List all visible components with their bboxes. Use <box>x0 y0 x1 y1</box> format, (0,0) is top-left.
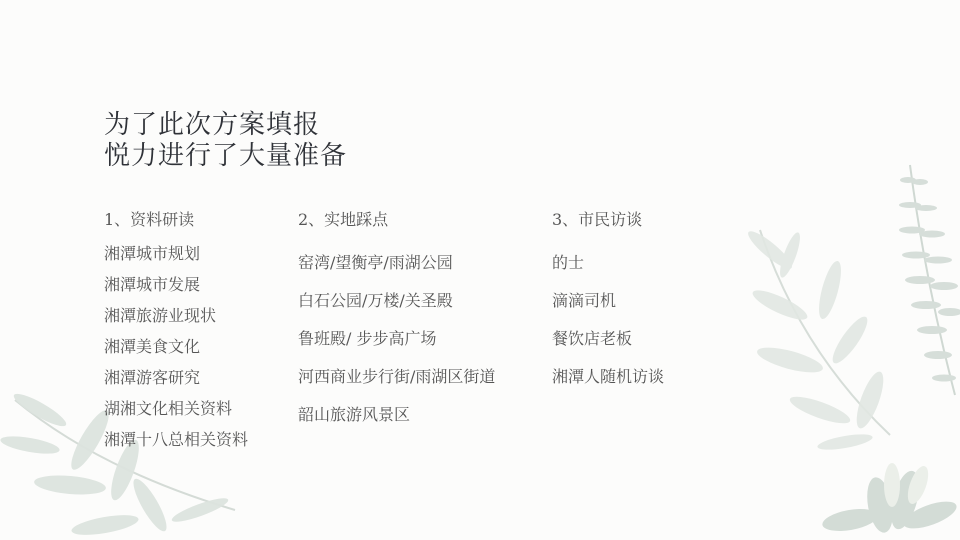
list-item: 餐饮店老板 <box>552 320 664 358</box>
slide-title: 为了此次方案填报 悦力进行了大量准备 <box>104 110 347 172</box>
title-line-1: 为了此次方案填报 <box>104 110 347 141</box>
leaf-cluster-decoration-icon <box>810 460 960 540</box>
list-item: 湘潭旅游业现状 <box>104 300 248 331</box>
list-item: 窑湾/望衡亭/雨湖公园 <box>298 244 495 282</box>
column-heading: 1、资料研读 <box>104 208 248 232</box>
column-heading: 3、市民访谈 <box>552 208 664 232</box>
list-item: 湖湘文化相关资料 <box>104 393 248 424</box>
list-item: 湘潭美食文化 <box>104 331 248 362</box>
list-item: 的士 <box>552 244 664 282</box>
list-item: 湘潭人随机访谈 <box>552 358 664 396</box>
column-research: 1、资料研读 湘潭城市规划 湘潭城市发展 湘潭旅游业现状 湘潭美食文化 湘潭游客… <box>104 208 248 455</box>
list-item: 鲁班殿/ 步步高广场 <box>298 320 495 358</box>
list-item: 白石公园/万楼/关圣殿 <box>298 282 495 320</box>
title-line-2: 悦力进行了大量准备 <box>104 141 347 172</box>
column-heading: 2、实地踩点 <box>298 208 495 232</box>
list-item: 河西商业步行街/雨湖区街道 <box>298 358 495 396</box>
fern-decoration-icon <box>890 160 960 400</box>
column-site-visits: 2、实地踩点 窑湾/望衡亭/雨湖公园 白石公园/万楼/关圣殿 鲁班殿/ 步步高广… <box>298 208 495 434</box>
list-item: 湘潭城市发展 <box>104 269 248 300</box>
column-interviews: 3、市民访谈 的士 滴滴司机 餐饮店老板 湘潭人随机访谈 <box>552 208 664 396</box>
list-item: 湘潭十八总相关资料 <box>104 424 248 455</box>
list-item: 滴滴司机 <box>552 282 664 320</box>
list-item: 湘潭游客研究 <box>104 362 248 393</box>
list-item: 湘潭城市规划 <box>104 238 248 269</box>
list-item: 韶山旅游风景区 <box>298 396 495 434</box>
leaf-branch-decoration-icon <box>730 210 900 460</box>
